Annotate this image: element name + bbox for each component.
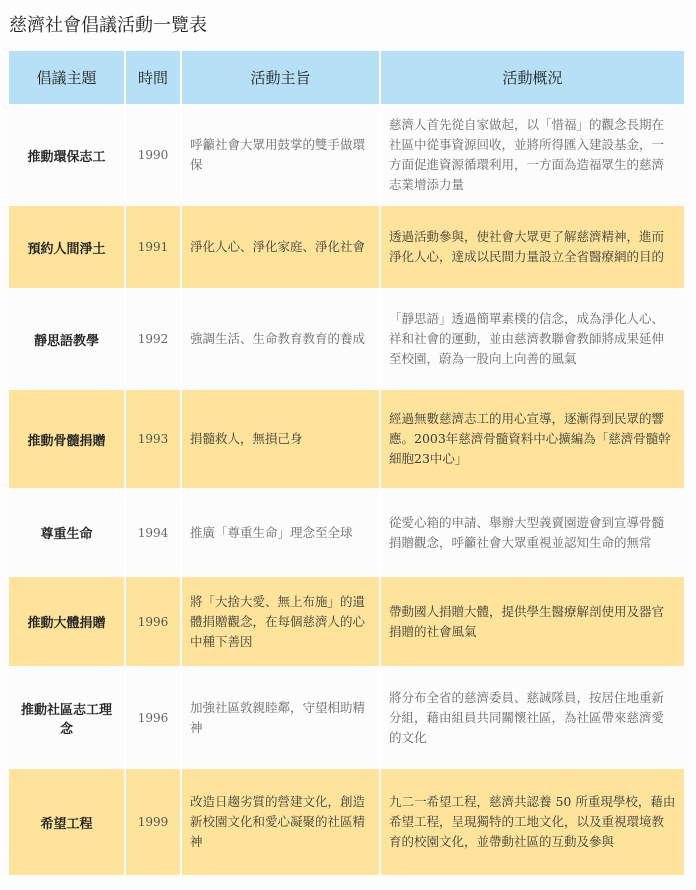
goal-cell: 淨化人心、淨化家庭、淨化社會 [182,205,381,288]
year-cell: 1991 [126,205,182,288]
overview-cell: 將分布全省的慈濟委員、慈誠隊員，按居住地重新分組，藉由組員共同關懷社區，為社區帶… [381,666,684,768]
goal-cell: 加強社區敦親睦鄰，守望相助精神 [182,666,381,768]
table-row: 推動大體捐贈 1996 將「大捨大愛、無上布施」的遺體捐贈觀念，在每個慈濟人的心… [9,576,684,666]
year-cell: 1996 [126,576,182,666]
overview-cell: 從愛心箱的申請、舉辦大型義賣園遊會到宣導骨髓捐贈觀念，呼籲社會大眾重視並認知生命… [381,488,684,576]
column-header-year: 時間 [126,51,182,104]
column-header-topic: 倡議主題 [9,51,126,104]
advocacy-activities-table: 倡議主題 時間 活動主旨 活動概況 推動環保志工 1990 呼籲社會大眾用鼓掌的… [9,51,684,875]
year-cell: 1992 [126,288,182,389]
topic-cell: 推動骨髓捐贈 [9,389,126,488]
year-cell: 1994 [126,488,182,576]
overview-cell: 「靜思語」透過簡單素樸的信念，成為淨化人心、祥和社會的運動，並由慈濟教聯會教師將… [381,288,684,389]
goal-cell: 呼籲社會大眾用鼓掌的雙手做環保 [182,104,381,205]
column-header-overview: 活動概況 [381,51,684,104]
column-header-goal: 活動主旨 [182,51,381,104]
overview-cell: 帶動國人捐贈大體，提供學生醫療解剖使用及器官捐贈的社會風氣 [381,576,684,666]
overview-cell: 慈濟人首先從自家做起，以「惜福」的觀念長期在社區中從事資源回收，並將所得匯入建設… [381,104,684,205]
topic-cell: 靜思語教學 [9,288,126,389]
goal-cell: 捐髓救人，無損己身 [182,389,381,488]
table-row: 推動骨髓捐贈 1993 捐髓救人，無損己身 經過無數慈濟志工的用心宣導，逐漸得到… [9,389,684,488]
page-title: 慈濟社會倡議活動一覽表 [9,11,207,37]
table-row: 推動社區志工理念 1996 加強社區敦親睦鄰，守望相助精神 將分布全省的慈濟委員… [9,666,684,768]
overview-cell: 經過無數慈濟志工的用心宣導，逐漸得到民眾的響應。2003年慈濟骨髓資料中心擴編為… [381,389,684,488]
table-row: 靜思語教學 1992 強調生活、生命教育教育的養成 「靜思語」透過簡單素樸的信念… [9,288,684,389]
topic-cell: 希望工程 [9,768,126,875]
goal-cell: 推廣「尊重生命」理念至全球 [182,488,381,576]
year-cell: 1999 [126,768,182,875]
year-cell: 1996 [126,666,182,768]
year-cell: 1990 [126,104,182,205]
table-header-row: 倡議主題 時間 活動主旨 活動概況 [9,51,684,104]
overview-cell: 透過活動參與，使社會大眾更了解慈濟精神，進而淨化人心，達成以民間力量設立全省醫療… [381,205,684,288]
overview-cell: 九二一希望工程，慈濟共認養 50 所重現學校，藉由希望工程，呈現獨特的工地文化，… [381,768,684,875]
topic-cell: 尊重生命 [9,488,126,576]
goal-cell: 將「大捨大愛、無上布施」的遺體捐贈觀念，在每個慈濟人的心中種下善因 [182,576,381,666]
goal-cell: 改造日趨劣質的營建文化，創造新校園文化和愛心凝聚的社區精神 [182,768,381,875]
table-row: 尊重生命 1994 推廣「尊重生命」理念至全球 從愛心箱的申請、舉辦大型義賣園遊… [9,488,684,576]
topic-cell: 推動環保志工 [9,104,126,205]
year-cell: 1993 [126,389,182,488]
topic-cell: 預約人間淨土 [9,205,126,288]
table-row: 希望工程 1999 改造日趨劣質的營建文化，創造新校園文化和愛心凝聚的社區精神 … [9,768,684,875]
table-row: 預約人間淨土 1991 淨化人心、淨化家庭、淨化社會 透過活動參與，使社會大眾更… [9,205,684,288]
goal-cell: 強調生活、生命教育教育的養成 [182,288,381,389]
table-row: 推動環保志工 1990 呼籲社會大眾用鼓掌的雙手做環保 慈濟人首先從自家做起，以… [9,104,684,205]
topic-cell: 推動社區志工理念 [9,666,126,768]
topic-cell: 推動大體捐贈 [9,576,126,666]
